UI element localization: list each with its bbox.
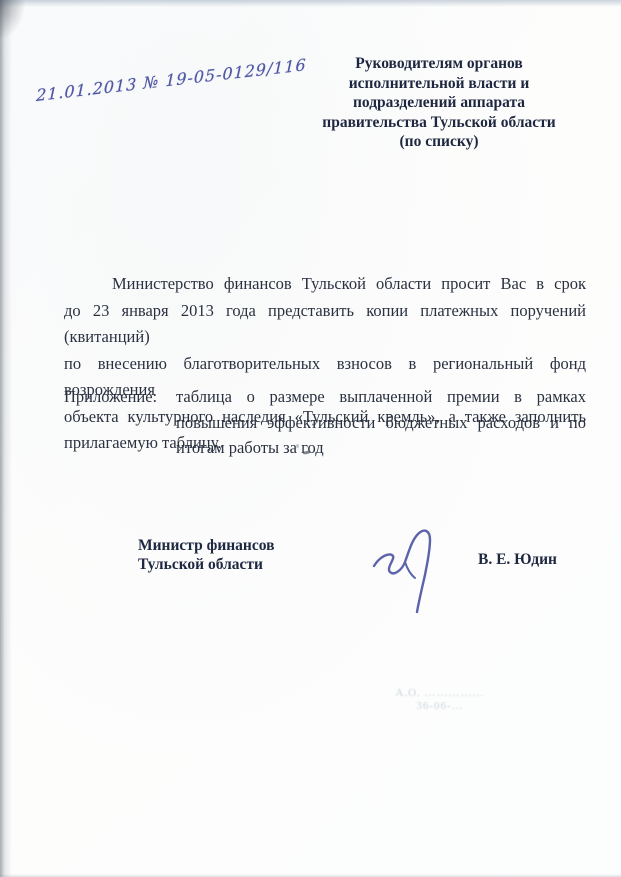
handwritten-registration-number: 21.01.2013 № 19-05-0129/116 xyxy=(36,60,265,105)
executor-note-line: А.О. …………… xyxy=(360,687,520,700)
signer-position-line: Тульской области xyxy=(138,555,338,574)
attachment-content: таблица о размере выплаченной премии в р… xyxy=(176,384,586,461)
scan-edge-left xyxy=(0,0,12,877)
handwritten-signature xyxy=(366,524,466,616)
recipient-line: исполнительной власти и xyxy=(278,74,600,94)
attachment-line: итогам работы за год xyxy=(176,435,586,461)
signer-position-line: Министр финансов xyxy=(138,536,338,555)
recipient-line: подразделений аппарата xyxy=(278,93,600,113)
signer-name: В. Е. Юдин xyxy=(478,551,588,569)
attachment-label: Приложение: xyxy=(64,384,157,410)
attachment-line: повышения эффективности бюджетных расход… xyxy=(176,410,586,436)
recipient-line: Руководителям органов xyxy=(278,54,600,74)
recipient-line: (по списку) xyxy=(278,132,600,152)
pen-dot xyxy=(296,444,299,448)
body-line: до 23 января 2013 года представить копии… xyxy=(64,298,586,351)
recipient-block: Руководителям органов исполнительной вла… xyxy=(278,54,600,152)
scanned-letter-page: 21.01.2013 № 19-05-0129/116 Руководителя… xyxy=(0,0,621,877)
attachment-block: Приложение: таблица о размере выплаченно… xyxy=(64,384,586,461)
attachment-line: таблица о размере выплаченной премии в р… xyxy=(176,384,586,410)
body-line: Министерство финансов Тульской области п… xyxy=(64,271,586,298)
executor-note-line: 36-06-… xyxy=(360,700,520,713)
executor-note: А.О. …………… 36-06-… xyxy=(360,687,520,713)
recipient-line: правительства Тульской области xyxy=(278,113,600,133)
scan-edge-top xyxy=(0,0,621,7)
signer-position: Министр финансов Тульской области xyxy=(138,536,338,574)
scan-edge-corner xyxy=(0,0,26,40)
